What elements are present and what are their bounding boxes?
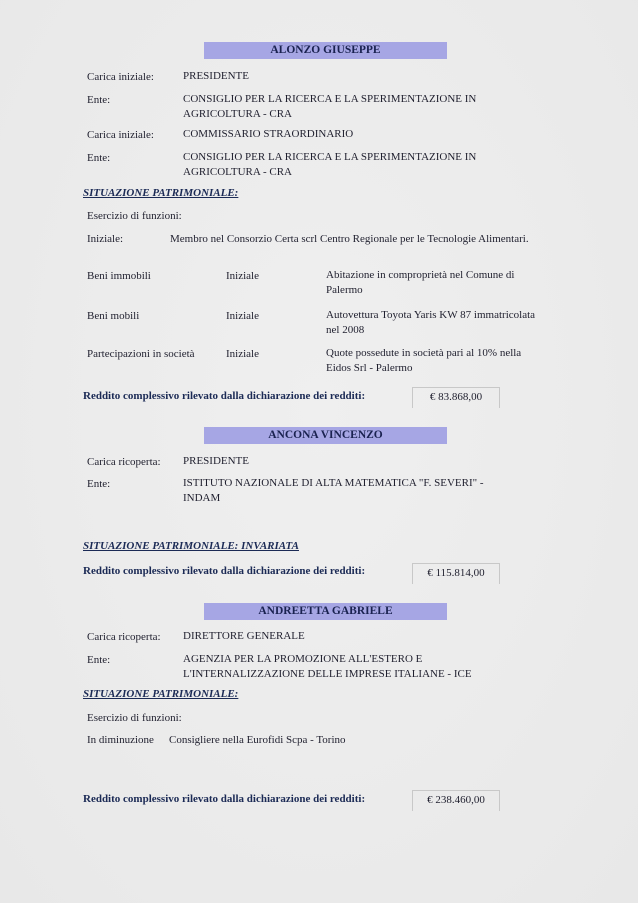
role-label: Carica ricoperta: bbox=[87, 455, 161, 469]
reddito-label: Reddito complessivo rilevato dalla dichi… bbox=[83, 565, 365, 577]
bene-status: Iniziale bbox=[226, 309, 259, 323]
bene-type: Partecipazioni in società bbox=[87, 347, 195, 361]
bene-desc: Quote possedute in società pari al 10% n… bbox=[326, 346, 521, 361]
ente-label: Ente: bbox=[87, 653, 110, 667]
role-value: PRESIDENTE bbox=[183, 69, 249, 84]
esercizio-label: Esercizio di funzioni: bbox=[87, 209, 182, 223]
role-label: Carica ricoperta: bbox=[87, 630, 161, 644]
funzione-value: Consigliere nella Eurofidi Scpa - Torino bbox=[169, 733, 346, 747]
ente-value-line2: AGRICOLTURA - CRA bbox=[183, 165, 292, 180]
bene-type: Beni mobili bbox=[87, 309, 139, 323]
ente-value: CONSIGLIO PER LA RICERCA E LA SPERIMENTA… bbox=[183, 150, 476, 165]
bene-desc: Abitazione in comproprietà nel Comune di bbox=[326, 268, 514, 283]
role-value: PRESIDENTE bbox=[183, 454, 249, 469]
funzione-label: Iniziale: bbox=[87, 232, 123, 246]
role-value: DIRETTORE GENERALE bbox=[183, 629, 305, 644]
bene-desc-line2: Eidos Srl - Palermo bbox=[326, 361, 412, 376]
bene-type: Beni immobili bbox=[87, 269, 151, 283]
bene-desc-line2: nel 2008 bbox=[326, 323, 364, 338]
reddito-label: Reddito complessivo rilevato dalla dichi… bbox=[83, 793, 365, 805]
situazione-patrimoniale-heading: SITUAZIONE PATRIMONIALE: bbox=[83, 688, 238, 700]
ente-value-line2: AGRICOLTURA - CRA bbox=[183, 107, 292, 122]
reddito-amount: € 115.814,00 bbox=[412, 563, 500, 584]
reddito-label: Reddito complessivo rilevato dalla dichi… bbox=[83, 390, 365, 402]
ente-value: ISTITUTO NAZIONALE DI ALTA MATEMATICA "F… bbox=[183, 476, 484, 491]
ente-value-line2: INDAM bbox=[183, 491, 220, 506]
ente-value: AGENZIA PER LA PROMOZIONE ALL'ESTERO E bbox=[183, 652, 422, 667]
bene-desc-line2: Palermo bbox=[326, 283, 363, 298]
funzione-value: Membro nel Consorzio Certa scrl Centro R… bbox=[170, 232, 529, 246]
person-name-header: ANDREETTA GABRIELE bbox=[204, 603, 447, 620]
ente-label: Ente: bbox=[87, 93, 110, 107]
person-name-header: ALONZO GIUSEPPE bbox=[204, 42, 447, 59]
funzione-label: In diminuzione bbox=[87, 733, 154, 747]
ente-label: Ente: bbox=[87, 477, 110, 491]
bene-status: Iniziale bbox=[226, 269, 259, 283]
situazione-patrimoniale-heading: SITUAZIONE PATRIMONIALE: INVARIATA bbox=[83, 540, 299, 552]
role-label: Carica iniziale: bbox=[87, 128, 154, 142]
person-name-header: ANCONA VINCENZO bbox=[204, 427, 447, 444]
situazione-patrimoniale-heading: SITUAZIONE PATRIMONIALE: bbox=[83, 187, 238, 199]
bene-status: Iniziale bbox=[226, 347, 259, 361]
role-value: COMMISSARIO STRAORDINARIO bbox=[183, 127, 353, 142]
reddito-amount: € 83.868,00 bbox=[412, 387, 500, 408]
ente-value-line2: L'INTERNALIZZAZIONE DELLE IMPRESE ITALIA… bbox=[183, 667, 472, 682]
reddito-amount: € 238.460,00 bbox=[412, 790, 500, 811]
ente-value: CONSIGLIO PER LA RICERCA E LA SPERIMENTA… bbox=[183, 92, 476, 107]
bene-desc: Autovettura Toyota Yaris KW 87 immatrico… bbox=[326, 308, 535, 323]
esercizio-label: Esercizio di funzioni: bbox=[87, 711, 182, 725]
role-label: Carica iniziale: bbox=[87, 70, 154, 84]
ente-label: Ente: bbox=[87, 151, 110, 165]
